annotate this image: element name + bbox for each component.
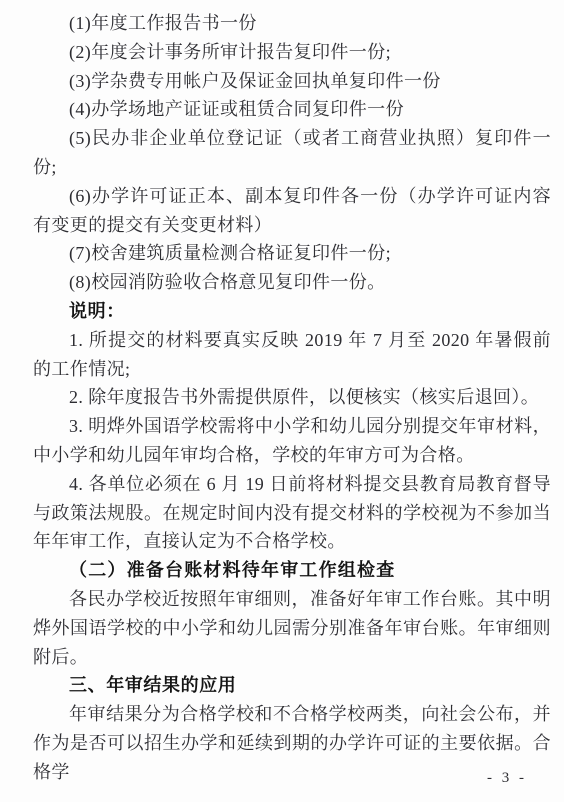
page-footer: - 3 -: [487, 770, 527, 787]
page-number: - 3 -: [487, 770, 527, 786]
list-item-6: (6)办学许可证正本、副本复印件各一份（办学许可证内容有变更的提交有关变更材料）: [33, 182, 551, 240]
note-1: 1. 所提交的材料要真实反映 2019 年 7 月至 2020 年暑假前的工作情…: [33, 326, 551, 384]
note-2: 2. 除年度报告书外需提供原件，以便核实（核实后退回）。: [33, 383, 551, 412]
section-2-paragraph: 各民办学校近按照年审细则，准备好年审工作台账。其中明烨外国语学校的中小学和幼儿园…: [33, 585, 551, 671]
list-item-5: (5)民办非企业单位登记证（或者工商营业执照）复印件一份;: [33, 124, 551, 182]
list-item-8: (8)校园消防验收合格意见复印件一份。: [33, 268, 551, 297]
list-item-7: (7)校舍建筑质量检测合格证复印件一份;: [33, 239, 551, 268]
list-item-2: (2)年度会计事务所审计报告复印件一份;: [33, 38, 551, 67]
list-item-1: (1)年度工作报告书一份: [33, 9, 551, 38]
section-3-paragraph: 年审结果分为合格学校和不合格学校两类，向社会公布，并作为是否可以招生办学和延续到…: [33, 700, 551, 786]
document-body: (1)年度工作报告书一份(2)年度会计事务所审计报告复印件一份;(3)学杂费专用…: [33, 9, 551, 787]
note-4: 4. 各单位必须在 6 月 19 日前将材料提交县教育局教育督导与政策法规股。在…: [33, 470, 551, 556]
notes-heading: 说明：: [33, 297, 551, 326]
note-3: 3. 明烨外国语学校需将中小学和幼儿园分别提交年审材料，中小学和幼儿园年审均合格…: [33, 412, 551, 470]
document-page: (1)年度工作报告书一份(2)年度会计事务所审计报告复印件一份;(3)学杂费专用…: [0, 0, 564, 802]
section-2-heading: （二）准备台账材料待年审工作组检查: [33, 556, 551, 585]
section-3-heading: 三、年审结果的应用: [33, 671, 551, 700]
list-item-3: (3)学杂费专用帐户及保证金回执单复印件一份: [33, 67, 551, 96]
list-item-4: (4)办学场地产证证或租赁合同复印件一份: [33, 95, 551, 124]
